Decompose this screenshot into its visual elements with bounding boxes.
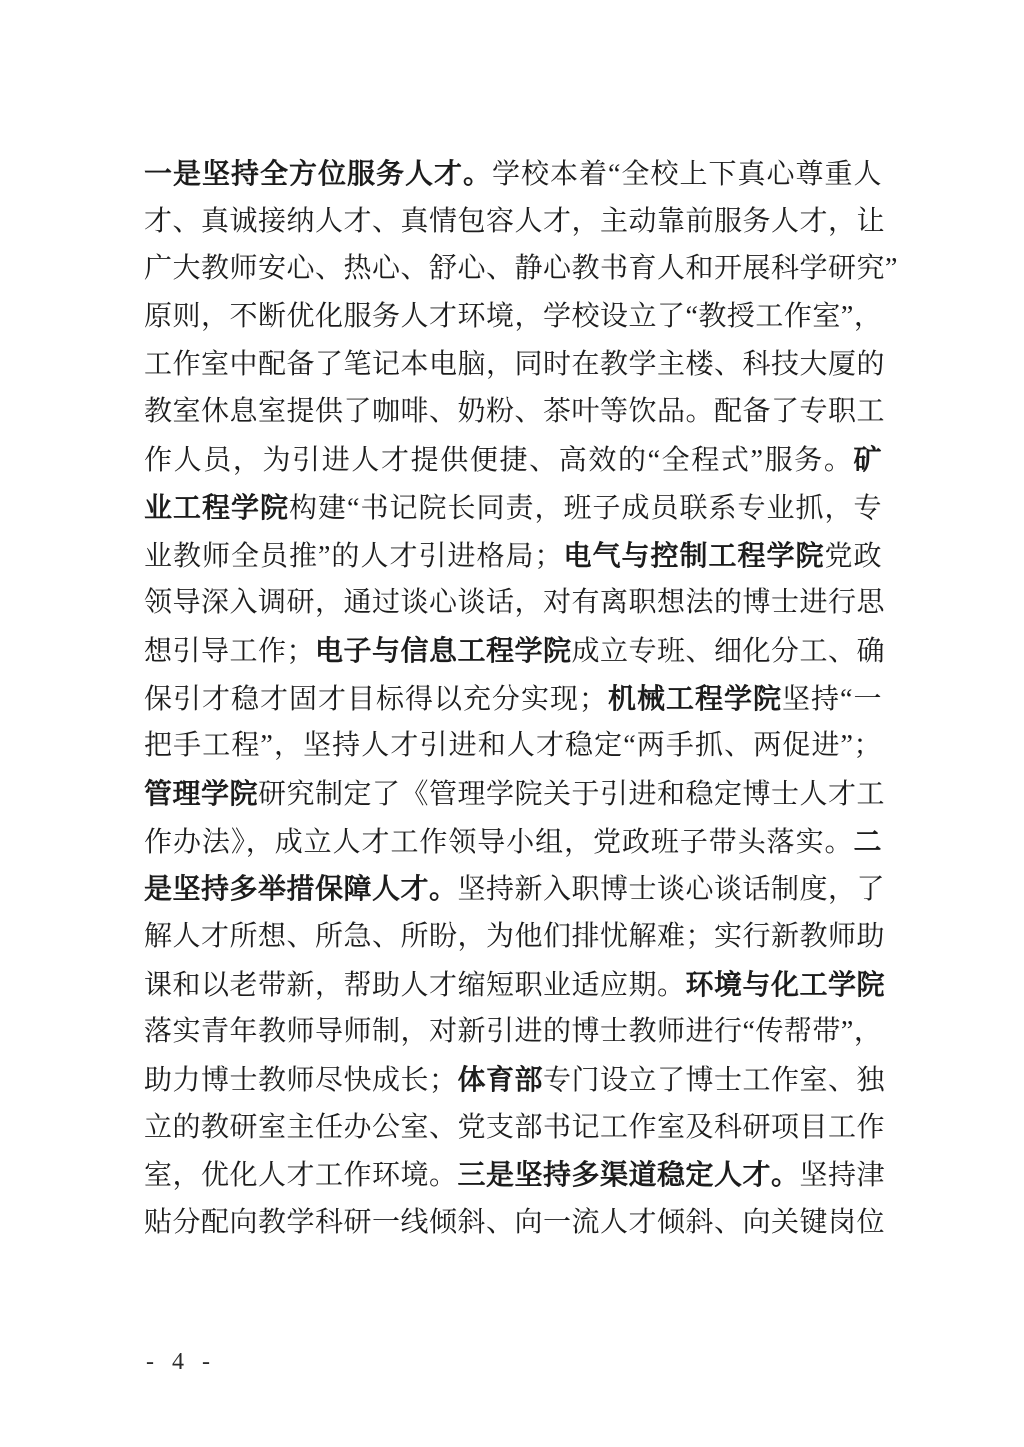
page-number: - 4 - [146, 1347, 216, 1377]
emphasis-text: 机械工程学院 [608, 683, 783, 714]
body-text: 成立专班、细化分工、确 [572, 636, 886, 667]
body-text: 坚持津 [800, 1160, 886, 1191]
text-line: 贴分配向教学科研一线倾斜、向一流人才倾斜、向关键岗位 [144, 1199, 882, 1247]
emphasis-text: 电气与控制工程学院 [563, 540, 825, 571]
body-text: 工作室中配备了笔记本电脑，同时在教学主楼、科技大厦的 [144, 349, 885, 380]
text-line: 才、真诚接纳人才、真情包容人才，主动靠前服务人才，让 [144, 198, 882, 246]
text-line: 落实青年教师导师制，对新引进的博士教师进行“传帮带”， [144, 1008, 882, 1056]
body-text: 坚持“一 [782, 684, 882, 715]
text-line: 是坚持多举措保障人才。坚持新入职博士谈心谈话制度，了 [144, 865, 882, 913]
emphasis-text: 矿 [853, 444, 882, 475]
text-block: 一是坚持全方位服务人才。学校本着“全校上下真心尊重人才、真诚接纳人才、真情包容人… [144, 150, 882, 1247]
text-line: 业教师全员推”的人才引进格局；电气与控制工程学院党政 [144, 532, 882, 580]
text-line: 教室休息室提供了咖啡、奶粉、茶叶等饮品。配备了专职工 [144, 388, 882, 436]
document-page: 一是坚持全方位服务人才。学校本着“全校上下真心尊重人才、真诚接纳人才、真情包容人… [0, 0, 1024, 1447]
body-text: 把手工程”，坚持人才引进和人才稳定“两手抓、两促进”； [144, 730, 882, 761]
emphasis-text: 三是坚持多渠道稳定人才。 [458, 1159, 800, 1190]
emphasis-text: 电子与信息工程学院 [315, 635, 572, 666]
text-line: 原则，不断优化服务人才环境，学校设立了“教授工作室”， [144, 293, 882, 341]
body-text: 专门设立了博士工作室、独 [543, 1065, 885, 1096]
body-text: 广大教师安心、热心、舒心、静心教书育人和开展科学研究” [144, 253, 898, 284]
body-text: 学校本着“全校上下真心尊重人 [492, 159, 882, 190]
body-text: 室，优化人才工作环境。 [144, 1160, 458, 1191]
emphasis-text: 管理学院 [144, 778, 258, 809]
text-line: 保引才稳才固才目标得以充分实现；机械工程学院坚持“一 [144, 675, 882, 723]
emphasis-text: 环境与化工学院 [686, 969, 886, 1000]
text-line: 解人才所想、所急、所盼，为他们排忧解难；实行新教师助 [144, 913, 882, 961]
body-text: 坚持新入职博士谈心谈话制度，了 [458, 874, 886, 905]
text-line: 业工程学院构建“书记院长同责，班子成员联系专业抓，专 [144, 484, 882, 532]
text-line: 课和以老带新，帮助人才缩短职业适应期。环境与化工学院 [144, 961, 882, 1009]
body-text: 落实青年教师导师制，对新引进的博士教师进行“传帮带”， [144, 1016, 882, 1047]
emphasis-text: 体育部 [458, 1064, 544, 1095]
body-text: 领导深入调研，通过谈心谈话，对有离职想法的博士进行思 [144, 587, 885, 618]
text-line: 作人员，为引进人才提供便捷、高效的“全程式”服务。矿 [144, 436, 882, 484]
body-text: 教室休息室提供了咖啡、奶粉、茶叶等饮品。配备了专职工 [144, 396, 885, 427]
text-line: 广大教师安心、热心、舒心、静心教书育人和开展科学研究” [144, 245, 882, 293]
body-text: 立的教研室主任办公室、党支部书记工作室及科研项目工作 [144, 1112, 885, 1143]
text-line: 管理学院研究制定了《管理学院关于引进和稳定博士人才工 [144, 770, 882, 818]
body-text: 党政 [824, 541, 882, 572]
text-line: 室，优化人才工作环境。三是坚持多渠道稳定人才。坚持津 [144, 1151, 882, 1199]
emphasis-text: 是坚持多举措保障人才。 [144, 873, 458, 904]
body-text: 想引导工作； [144, 636, 315, 667]
text-line: 工作室中配备了笔记本电脑，同时在教学主楼、科技大厦的 [144, 341, 882, 389]
body-text: 研究制定了《管理学院关于引进和稳定博士人才工 [258, 779, 885, 810]
body-text: 才、真诚接纳人才、真情包容人才，主动靠前服务人才，让 [144, 206, 885, 237]
text-line: 想引导工作；电子与信息工程学院成立专班、细化分工、确 [144, 627, 882, 675]
text-line: 助力博士教师尽快成长；体育部专门设立了博士工作室、独 [144, 1056, 882, 1104]
body-text: 课和以老带新，帮助人才缩短职业适应期。 [144, 970, 686, 1001]
emphasis-text: 业工程学院 [144, 492, 289, 523]
body-text: 作办法》，成立人才工作领导小组，党政班子带头落实。 [144, 827, 853, 858]
text-line: 作办法》，成立人才工作领导小组，党政班子带头落实。二 [144, 818, 882, 866]
body-text: 业教师全员推”的人才引进格局； [144, 541, 563, 572]
body-text: 保引才稳才固才目标得以充分实现； [144, 684, 608, 715]
text-line: 立的教研室主任办公室、党支部书记工作室及科研项目工作 [144, 1104, 882, 1152]
body-text: 贴分配向教学科研一线倾斜、向一流人才倾斜、向关键岗位 [144, 1207, 885, 1238]
emphasis-text: 二 [853, 826, 882, 857]
body-text: 原则，不断优化服务人才环境，学校设立了“教授工作室”， [144, 301, 882, 332]
emphasis-text: 一是坚持全方位服务人才。 [144, 158, 492, 189]
body-text: 解人才所想、所急、所盼，为他们排忧解难；实行新教师助 [144, 921, 885, 952]
body-text: 构建“书记院长同责，班子成员联系专业抓，专 [289, 493, 882, 524]
text-line: 一是坚持全方位服务人才。学校本着“全校上下真心尊重人 [144, 150, 882, 198]
text-line: 把手工程”，坚持人才引进和人才稳定“两手抓、两促进”； [144, 722, 882, 770]
text-line: 领导深入调研，通过谈心谈话，对有离职想法的博士进行思 [144, 579, 882, 627]
body-text: 作人员，为引进人才提供便捷、高效的“全程式”服务。 [144, 445, 853, 476]
body-text: 助力博士教师尽快成长； [144, 1065, 458, 1096]
